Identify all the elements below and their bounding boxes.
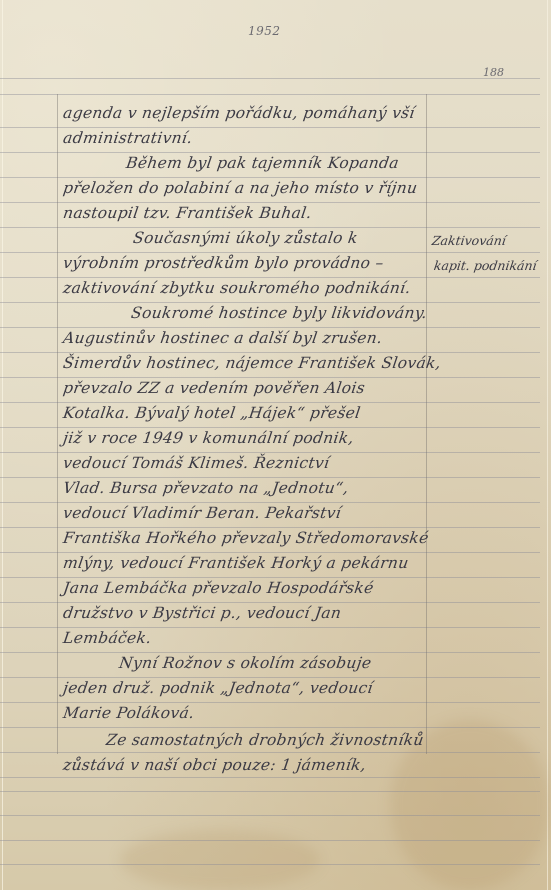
paper-stain: [120, 830, 320, 890]
ruled-line: [0, 227, 540, 228]
ruled-line: [0, 727, 540, 728]
ruled-line: [0, 752, 540, 753]
page-edge: [547, 0, 548, 890]
ruled-line: [0, 477, 540, 478]
text-line: agenda v nejlepším pořádku, pomáhaný vší: [62, 104, 416, 122]
ruled-line: [0, 652, 540, 653]
page-number: 188: [483, 66, 504, 79]
text-line: vedoucí Vladimír Beran. Pekařství: [62, 504, 342, 522]
ruled-line: [0, 302, 540, 303]
text-line: Marie Poláková.: [62, 704, 196, 722]
ruled-line: [0, 377, 540, 378]
ruled-line: [0, 777, 540, 778]
text-line: Šimerdův hostinec, nájemce František Slo…: [62, 354, 442, 372]
ruled-line: [0, 552, 540, 553]
ruled-line: [0, 177, 540, 178]
margin-note-line: Zaktivování: [431, 233, 507, 248]
text-line: vedoucí Tomáš Klimeš. Řeznictví: [62, 454, 331, 472]
ruled-line: [0, 864, 540, 865]
text-line: výrobním prostředkům bylo provádno –: [62, 254, 385, 272]
margin-note-line: kapit. podnikání: [433, 258, 538, 273]
ruled-line: [0, 527, 540, 528]
ruled-line: [0, 352, 540, 353]
ruled-line: [0, 627, 540, 628]
text-line: Nyní Rožnov s okolím zásobuje: [118, 654, 373, 672]
ruled-line: [0, 791, 540, 792]
text-line: Františka Hořkého převzaly Středomoravsk…: [62, 529, 430, 547]
page-edge: [2, 0, 3, 890]
ruled-line: [0, 602, 540, 603]
ruled-line: [0, 152, 540, 153]
text-line: Během byl pak tajemník Kopanda: [125, 154, 400, 172]
text-line: jeden druž. podnik „Jednota“, vedoucí: [62, 679, 374, 697]
text-line: Lembáček.: [62, 629, 153, 647]
text-line: Současnými úkoly zůstalo k: [132, 229, 359, 247]
text-line: nastoupil tzv. František Buhal.: [62, 204, 313, 222]
text-line: zaktivování zbytku soukromého podnikání.: [62, 279, 412, 297]
ruled-line: [0, 94, 540, 95]
ruled-line: [0, 402, 540, 403]
ruled-line: [0, 815, 540, 816]
ruled-line: [0, 452, 540, 453]
header-year: 1952: [248, 24, 281, 38]
ruled-line: [0, 127, 540, 128]
text-line: družstvo v Bystřici p., vedoucí Jan: [62, 604, 343, 622]
ruled-line: [0, 702, 540, 703]
ruled-line: [0, 78, 540, 79]
text-line: Jana Lembáčka převzalo Hospodářské: [62, 579, 375, 597]
ruled-line: [0, 202, 540, 203]
ruled-line: [0, 677, 540, 678]
text-line: přeložen do polabiní a na jeho místo v ř…: [62, 179, 419, 197]
chronicle-page: 1952 188 agenda v nejlepším pořádku, pom…: [0, 0, 551, 890]
ruled-line: [0, 427, 540, 428]
ruled-line: [0, 502, 540, 503]
text-line: zůstává v naší obci pouze: 1 jámeník,: [62, 756, 367, 774]
text-line: již v roce 1949 v komunální podnik,: [62, 429, 355, 447]
text-line: Augustinův hostinec a další byl zrušen.: [62, 329, 384, 347]
text-line: Vlad. Bursa převzato na „Jednotu“,: [62, 479, 350, 497]
ruled-line: [0, 277, 540, 278]
text-line: Ze samostatných drobných živnostníků: [105, 731, 425, 749]
ruled-line: [0, 577, 540, 578]
left-margin-line: [57, 94, 58, 754]
ruled-line: [0, 327, 540, 328]
text-line: Kotalka. Bývalý hotel „Hájek“ přešel: [62, 404, 362, 422]
text-line: převzalo ZZ a vedením pověřen Alois: [62, 379, 366, 397]
right-margin-line: [426, 94, 427, 754]
ruled-line: [0, 252, 540, 253]
text-line: mlýny, vedoucí František Horký a pekárnu: [62, 554, 410, 572]
text-line: administrativní.: [62, 129, 194, 147]
text-line: Soukromé hostince byly likvidovány.: [130, 304, 428, 322]
ruled-line: [0, 840, 540, 841]
